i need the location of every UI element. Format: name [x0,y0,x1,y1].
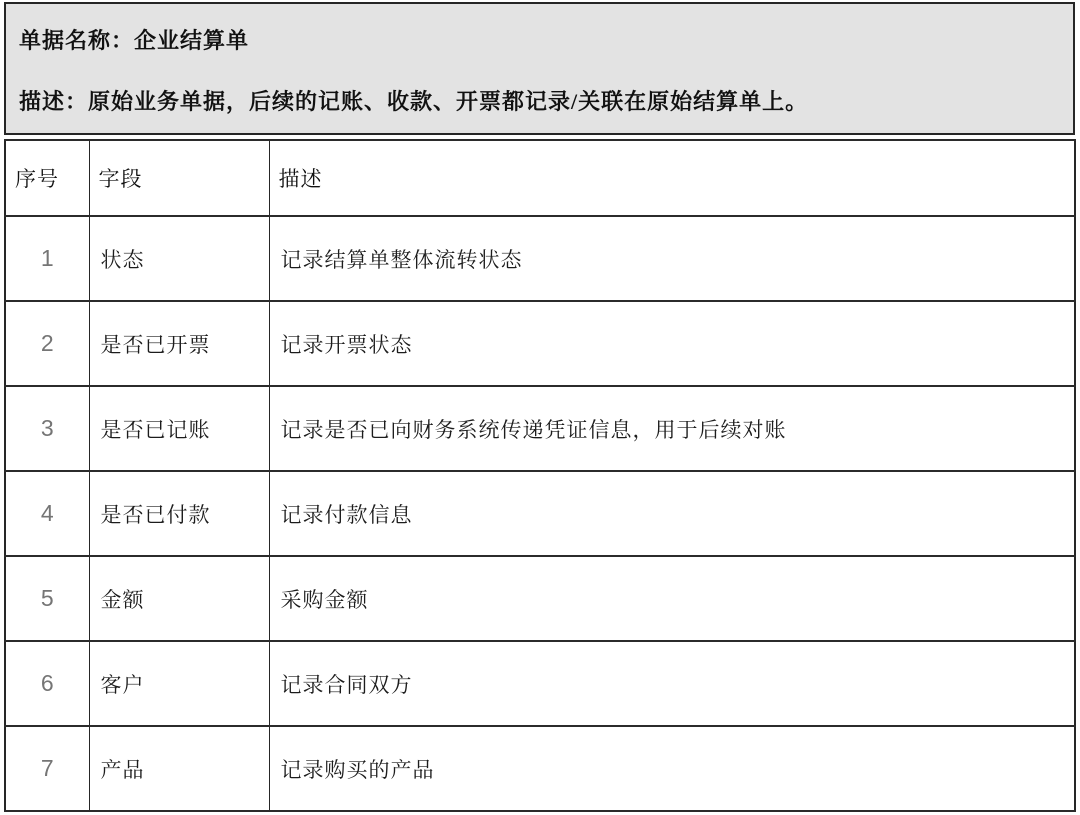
column-header-desc: 描述 [269,140,1075,216]
row-number: 7 [5,726,89,811]
table-row: 1 状态 记录结算单整体流转状态 [5,216,1075,301]
doc-info-box: 单据名称：企业结算单 描述：原始业务单据，后续的记账、收款、开票都记录/关联在原… [4,2,1075,135]
doc-description-line: 描述：原始业务单据，后续的记账、收款、开票都记录/关联在原始结算单上。 [19,88,1059,116]
row-number: 5 [5,556,89,641]
table-header-row: 序号 字段 描述 [5,140,1075,216]
table-row: 5 金额 采购金额 [5,556,1075,641]
table-row: 3 是否已记账 记录是否已向财务系统传递凭证信息，用于后续对账 [5,386,1075,471]
field-description: 记录开票状态 [269,301,1075,386]
table-row: 4 是否已付款 记录付款信息 [5,471,1075,556]
table-row: 7 产品 记录购买的产品 [5,726,1075,811]
column-header-field: 字段 [89,140,269,216]
doc-name-line: 单据名称：企业结算单 [19,27,1059,55]
row-number: 1 [5,216,89,301]
field-description: 记录结算单整体流转状态 [269,216,1075,301]
field-name: 状态 [89,216,269,301]
row-number: 4 [5,471,89,556]
field-name: 产品 [89,726,269,811]
field-description: 采购金额 [269,556,1075,641]
field-name: 金额 [89,556,269,641]
field-description: 记录付款信息 [269,471,1075,556]
table-row: 6 客户 记录合同双方 [5,641,1075,726]
column-header-no: 序号 [5,140,89,216]
document-page: 单据名称：企业结算单 描述：原始业务单据，后续的记账、收款、开票都记录/关联在原… [0,0,1080,815]
table-row: 2 是否已开票 记录开票状态 [5,301,1075,386]
fields-table: 序号 字段 描述 1 状态 记录结算单整体流转状态 2 是否已开票 记录开票状态… [4,139,1076,812]
row-number: 3 [5,386,89,471]
row-number: 2 [5,301,89,386]
field-name: 是否已付款 [89,471,269,556]
field-name: 是否已开票 [89,301,269,386]
row-number: 6 [5,641,89,726]
field-name: 客户 [89,641,269,726]
field-description: 记录购买的产品 [269,726,1075,811]
field-description: 记录是否已向财务系统传递凭证信息，用于后续对账 [269,386,1075,471]
field-description: 记录合同双方 [269,641,1075,726]
field-name: 是否已记账 [89,386,269,471]
